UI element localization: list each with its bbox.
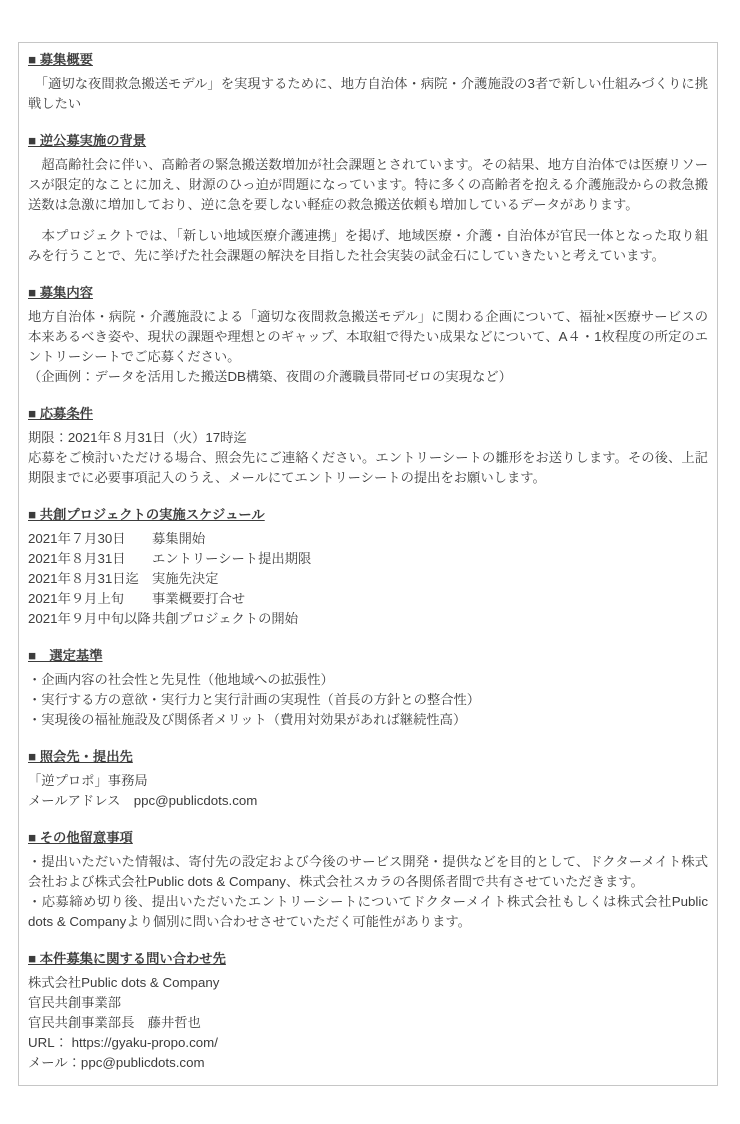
criteria-heading: ■ 選定基準 bbox=[28, 646, 708, 666]
section-contact: ■ 照会先・提出先 「逆プロポ」事務局 メールアドレス ppc@publicdo… bbox=[28, 747, 708, 811]
overview-heading: ■ 募集概要 bbox=[28, 50, 708, 70]
schedule-event: エントリーシート提出期限 bbox=[152, 549, 708, 569]
contact-heading: ■ 照会先・提出先 bbox=[28, 747, 708, 767]
schedule-date: 2021年９月上旬 bbox=[28, 589, 152, 609]
inquiry-email: メール：ppc@publicdots.com bbox=[28, 1053, 708, 1073]
schedule-row: 2021年８月31日 エントリーシート提出期限 bbox=[28, 549, 708, 569]
overview-body: 「適切な夜間救急搬送モデル」を実現するために、地方自治体・病院・介護施設の3者で… bbox=[28, 74, 708, 114]
schedule-event: 実施先決定 bbox=[152, 569, 708, 589]
section-schedule: ■ 共創プロジェクトの実施スケジュール 2021年７月30日 募集開始 2021… bbox=[28, 505, 708, 629]
section-inquiry: ■ 本件募集に関する問い合わせ先 株式会社Public dots & Compa… bbox=[28, 949, 708, 1073]
contents-heading: ■ 募集内容 bbox=[28, 283, 708, 303]
schedule-date: 2021年７月30日 bbox=[28, 529, 152, 549]
background-heading: ■ 逆公募実施の背景 bbox=[28, 131, 708, 151]
criteria-item: ・企画内容の社会性と先見性（他地域への拡張性） bbox=[28, 670, 708, 690]
schedule-event: 募集開始 bbox=[152, 529, 708, 549]
schedule-date: 2021年９月中旬以降 bbox=[28, 609, 152, 629]
notes-item: ・応募締め切り後、提出いただいたエントリーシートについてドクターメイト株式会社も… bbox=[28, 892, 708, 932]
requirements-deadline: 期限：2021年８月31日（火）17時迄 bbox=[28, 428, 708, 448]
schedule-event: 共創プロジェクトの開始 bbox=[152, 609, 708, 629]
document-sheet: ■ 募集概要 「適切な夜間救急搬送モデル」を実現するために、地方自治体・病院・介… bbox=[18, 42, 718, 1086]
schedule-heading: ■ 共創プロジェクトの実施スケジュール bbox=[28, 505, 708, 525]
notes-item: ・提出いただいた情報は、寄付先の設定および今後のサービス開発・提供などを目的とし… bbox=[28, 852, 708, 892]
schedule-row: 2021年９月上旬 事業概要打合せ bbox=[28, 589, 708, 609]
schedule-row: 2021年８月31日迄 実施先決定 bbox=[28, 569, 708, 589]
section-requirements: ■ 応募条件 期限：2021年８月31日（火）17時迄 応募をご検討いただける場… bbox=[28, 404, 708, 488]
inquiry-company: 株式会社Public dots & Company bbox=[28, 973, 708, 993]
schedule-date: 2021年８月31日 bbox=[28, 549, 152, 569]
schedule-row: 2021年７月30日 募集開始 bbox=[28, 529, 708, 549]
background-paragraph-2: 本プロジェクトでは、「新しい地域医療介護連携」を掲げ、地域医療・介護・自治体が官… bbox=[28, 226, 708, 266]
section-notes: ■ その他留意事項 ・提出いただいた情報は、寄付先の設定および今後のサービス開発… bbox=[28, 828, 708, 932]
criteria-item: ・実現後の福祉施設及び関係者メリット（費用対効果があれば継続性高） bbox=[28, 710, 708, 730]
schedule-event: 事業概要打合せ bbox=[152, 589, 708, 609]
contact-office: 「逆プロポ」事務局 bbox=[28, 771, 708, 791]
requirements-paragraph: 応募をご検討いただける場合、照会先にご連絡ください。エントリーシートの雛形をお送… bbox=[28, 448, 708, 488]
background-paragraph-1: 超高齢社会に伴い、高齢者の緊急搬送数増加が社会課題とされています。その結果、地方… bbox=[28, 155, 708, 215]
inquiry-department: 官民共創事業部 bbox=[28, 993, 708, 1013]
section-contents: ■ 募集内容 地方自治体・病院・介護施設による「適切な夜間救急搬送モデル」に関わ… bbox=[28, 283, 708, 387]
contact-email: メールアドレス ppc@publicdots.com bbox=[28, 791, 708, 811]
criteria-item: ・実行する方の意欲・実行力と実行計画の実現性（首長の方針との整合性） bbox=[28, 690, 708, 710]
notes-heading: ■ その他留意事項 bbox=[28, 828, 708, 848]
inquiry-heading: ■ 本件募集に関する問い合わせ先 bbox=[28, 949, 708, 969]
schedule-date: 2021年８月31日迄 bbox=[28, 569, 152, 589]
contents-paragraph-2: （企画例：データを活用した搬送DB構築、夜間の介護職員帯同ゼロの実現など） bbox=[28, 367, 708, 387]
inquiry-url: URL： https://gyaku-propo.com/ bbox=[28, 1033, 708, 1053]
section-overview: ■ 募集概要 「適切な夜間救急搬送モデル」を実現するために、地方自治体・病院・介… bbox=[28, 50, 708, 114]
requirements-heading: ■ 応募条件 bbox=[28, 404, 708, 424]
contents-paragraph-1: 地方自治体・病院・介護施設による「適切な夜間救急搬送モデル」に関わる企画について… bbox=[28, 307, 708, 367]
section-criteria: ■ 選定基準 ・企画内容の社会性と先見性（他地域への拡張性） ・実行する方の意欲… bbox=[28, 646, 708, 730]
section-background: ■ 逆公募実施の背景 超高齢社会に伴い、高齢者の緊急搬送数増加が社会課題とされて… bbox=[28, 131, 708, 266]
schedule-row: 2021年９月中旬以降 共創プロジェクトの開始 bbox=[28, 609, 708, 629]
inquiry-person: 官民共創事業部長 藤井哲也 bbox=[28, 1013, 708, 1033]
